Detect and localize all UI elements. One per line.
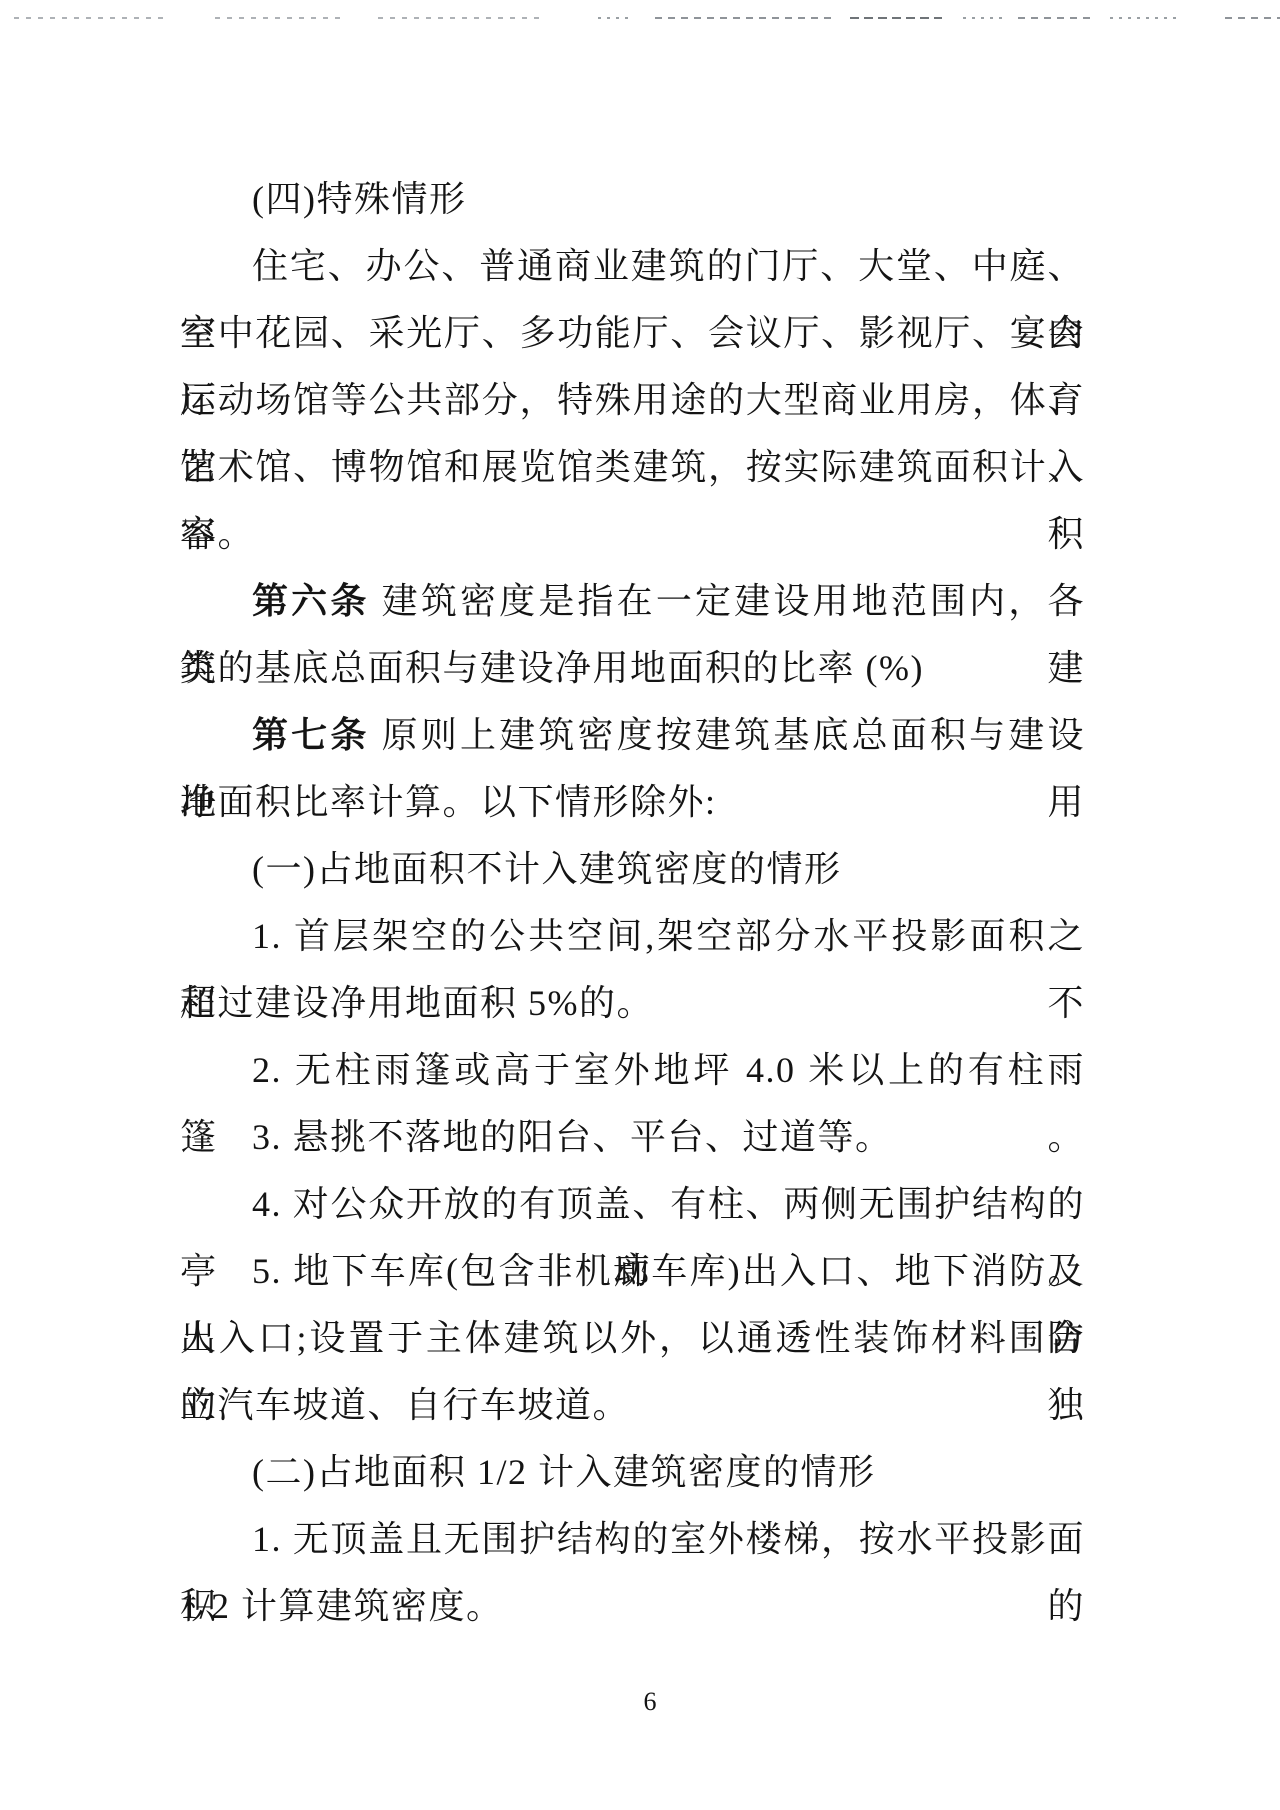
text-run: 立汽车坡道、自行车坡道。 [180, 1385, 630, 1425]
text-line: 5. 地下车库(包含非机动车库)出入口、地下消防及人防 [180, 1238, 1085, 1305]
text-line: 住宅、办公、普通商业建筑的门厅、大堂、中庭、室内 [180, 233, 1085, 300]
text-run: 1/2 计算建筑密度。 [180, 1586, 504, 1626]
text-line: 第六条 建筑密度是指在一定建设用地范围内，各类建 [180, 568, 1085, 635]
text-line: 第七条 原则上建筑密度按建筑基底总面积与建设净用 [180, 702, 1085, 769]
text-run: 超过建设净用地面积 5%的。 [180, 983, 654, 1023]
text-run: 筑的基底总面积与建设净用地面积的比率 (%) [180, 648, 924, 688]
text-run: (一)占地面积不计入建筑密度的情形 [252, 849, 841, 889]
text-run: 3. 悬挑不落地的阳台、平台、过道等。 [252, 1117, 893, 1157]
text-run: (四)特殊情形 [252, 179, 466, 219]
text-line: 空中花园、采光厅、多功能厅、会议厅、影视厅、宴会厅、 [180, 300, 1085, 367]
text-run: 艺术馆、博物馆和展览馆类建筑，按实际建筑面积计入容积 [180, 447, 1085, 554]
text-run: (二)占地面积 1/2 计入建筑密度的情形 [252, 1452, 875, 1492]
text-line: 运动场馆等公共部分，特殊用途的大型商业用房，体育馆、 [180, 367, 1085, 434]
text-run: 地面积比率计算。以下情形除外: [180, 782, 717, 822]
text-run: 率。 [180, 514, 255, 554]
text-line: 4. 对公众开放的有顶盖、有柱、两侧无围护结构的亭廊。 [180, 1171, 1085, 1238]
page-number: 6 [10, 1686, 1280, 1718]
text-line: 出入口;设置于主体建筑以外，以通透性装饰材料围合的独 [180, 1305, 1085, 1372]
text-line: (四)特殊情形 [180, 166, 1085, 233]
text-line: 2. 无柱雨篷或高于室外地坪 4.0 米以上的有柱雨篷。 [180, 1037, 1085, 1104]
text-line: (一)占地面积不计入建筑密度的情形 [180, 836, 1085, 903]
text-line: 1. 首层架空的公共空间,架空部分水平投影面积之和不 [180, 903, 1085, 970]
text-line: 艺术馆、博物馆和展览馆类建筑，按实际建筑面积计入容积 [180, 434, 1085, 501]
bold-article-label: 第七条 [252, 715, 370, 755]
document-page: { "page": { "number": "6", "background_c… [0, 0, 1280, 1810]
text-line: 1. 无顶盖且无围护结构的室外楼梯，按水平投影面积的 [180, 1506, 1085, 1573]
scan-artifact-line [0, 17, 1280, 21]
text-line: (二)占地面积 1/2 计入建筑密度的情形 [180, 1439, 1085, 1506]
bold-article-label: 第六条 [252, 581, 370, 621]
document-body: (四)特殊情形住宅、办公、普通商业建筑的门厅、大堂、中庭、室内空中花园、采光厅、… [180, 166, 1085, 1640]
